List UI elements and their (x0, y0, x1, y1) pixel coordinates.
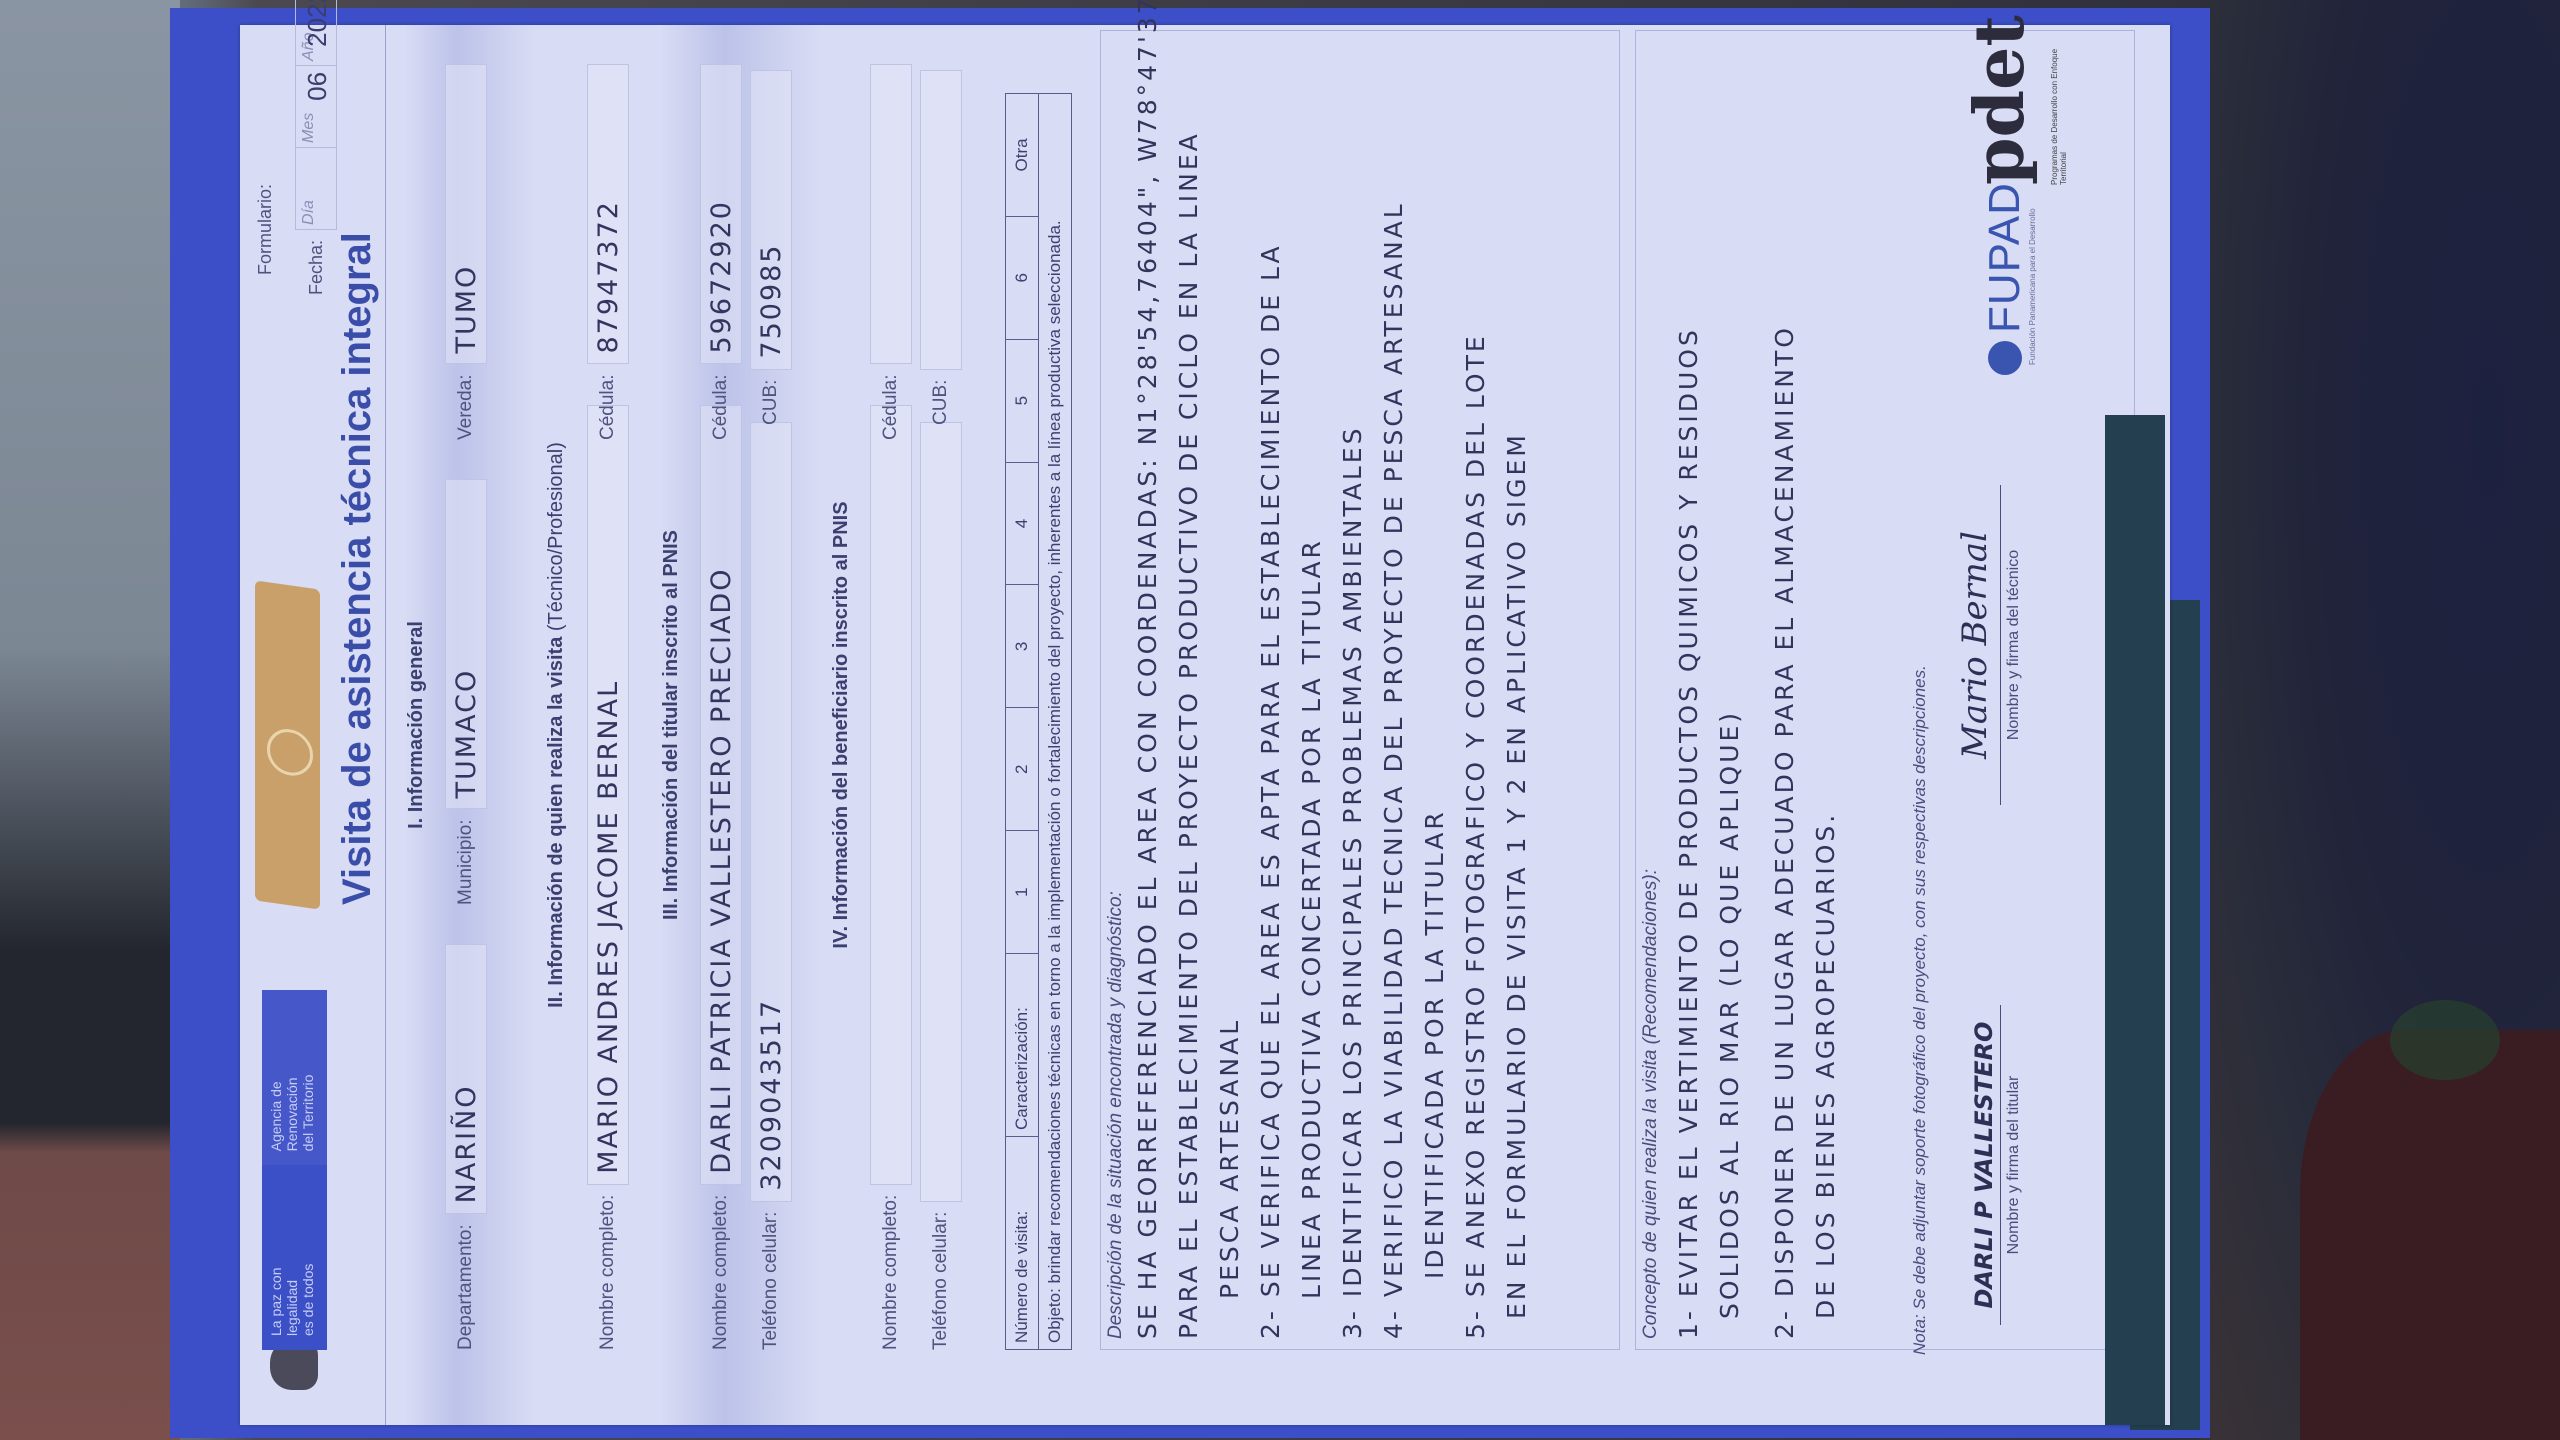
descripcion-line: LINEA PRODUCTIVA CONCERTADA POR LA TITUL… (1291, 41, 1332, 1339)
visit-option-4[interactable]: 4 (1006, 462, 1038, 585)
pdet-tagline: Programas de Desarrollo con Enfoque Terr… (2050, 35, 2068, 185)
visit-option-2[interactable]: 2 (1006, 707, 1038, 830)
concepto-line: DE LOS BIENES AGROPECUARIOS. (1805, 41, 1846, 1339)
objeto-cell: Objeto: brindar recomendaciones técnicas… (1039, 94, 1071, 1349)
mes-cell[interactable]: Mes06 (296, 65, 336, 147)
background-plant-leaf (2390, 1000, 2500, 1080)
gold-program-logo (255, 580, 320, 909)
descripcion-line: PESCA ARTESANAL (1209, 41, 1250, 1339)
visitor-cedula-value: 87947372 (593, 200, 624, 353)
visitor-name-label: Nombre completo: (597, 1195, 619, 1350)
beneficiary-phone-field[interactable] (920, 422, 962, 1202)
vereda-value: TUMO (451, 265, 482, 354)
vereda-field[interactable]: TUMO (445, 65, 487, 365)
objeto-text: Objeto: brindar recomendaciones técnicas… (1045, 220, 1065, 1343)
visit-option-label: 6 (1012, 273, 1032, 282)
visit-option-otra[interactable]: Otra (1006, 94, 1038, 216)
visitor-name-field[interactable]: MARIO ANDRES JACOME BERNAL (587, 405, 629, 1185)
ano-cell[interactable]: Año2022 (296, 0, 336, 65)
beneficiary-name-label: Nombre completo: (880, 1195, 902, 1350)
titular-phone-label: Teléfono celular: (760, 1212, 782, 1350)
titular-cub-label: CUB: (760, 380, 782, 425)
numero-visita-cell[interactable]: Número de visita: (1006, 1136, 1038, 1349)
titular-phone-value: 3209043517 (756, 999, 787, 1191)
slogan-block: La paz con legalidad es de todos (262, 1165, 327, 1350)
visit-option-6[interactable]: 6 (1006, 216, 1038, 339)
government-logo: La paz con legalidad es de todos Agencia… (262, 990, 327, 1350)
fecha-label: Fecha: (306, 240, 327, 295)
visit-option-5[interactable]: 5 (1006, 339, 1038, 462)
slogan-line: La paz con (268, 1179, 284, 1336)
visit-option-label: Otra (1012, 138, 1032, 171)
globe-icon (1988, 341, 2022, 375)
descripcion-label: Descripción de la situación encontrada y… (1105, 41, 1127, 1339)
mes-label: Mes (300, 113, 317, 143)
ano-value: 2022 (302, 0, 333, 47)
titular-signature-label: Nombre y firma del titular (2005, 1005, 2023, 1325)
form-page: La paz con legalidad es de todos Agencia… (240, 25, 2170, 1425)
page-title: Visita de asistencia técnica integral (335, 232, 380, 905)
concepto-line: 2- DISPONER DE UN LUGAR ADECUADO PARA EL… (1764, 41, 1805, 1339)
agency-block: Agencia de Renovación del Territorio (262, 990, 327, 1165)
descripcion-line: 2- SE VERIFICA QUE EL AREA ES APTA PARA … (1250, 41, 1291, 1339)
nota-text: Nota: Se debe adjuntar soporte fotográfi… (1910, 665, 1930, 1355)
section-title-suffix: (Técnico/Profesional) (545, 442, 567, 631)
visitor-cedula-label: Cédula: (597, 375, 619, 441)
section-titular-info: III. Información del titular inscrito al… (660, 25, 820, 1425)
titular-cedula-field[interactable]: 59672920 (700, 65, 742, 365)
descripcion-box[interactable]: Descripción de la situación encontrada y… (1100, 30, 1620, 1350)
beneficiary-cedula-label: Cédula: (880, 375, 902, 441)
descripcion-line: SE HA GEORREFERENCIADO EL AREA CON COORD… (1127, 41, 1168, 1339)
fecha-field: Fecha: Día Mes06 Año2022 (295, 0, 337, 295)
concepto-label: Concepto de quien realiza la visita (Rec… (1640, 41, 1662, 1339)
beneficiary-cedula-field[interactable] (870, 65, 912, 365)
descripcion-line: 4- VERIFICO LA VIABILIDAD TECNICA DEL PR… (1373, 41, 1414, 1339)
swirl-icon (267, 726, 313, 778)
beneficiary-cedula-row: Cédula: (870, 65, 912, 441)
titular-name-field[interactable]: DARLI PATRICIA VALLESTERO PRECIADO (700, 405, 742, 1185)
titular-cub-row: CUB: 750985 (750, 70, 792, 425)
descripcion-line: 5- SE ANEXO REGISTRO FOTOGRAFICO Y COORD… (1455, 41, 1496, 1339)
section-title: III. Información del titular inscrito al… (660, 25, 683, 1425)
visitor-name-row: Nombre completo: MARIO ANDRES JACOME BER… (587, 405, 629, 1350)
tecnico-signature: Mario Bernal (1940, 485, 2001, 805)
concepto-line: 1- EVITAR EL VERTIMIENTO DE PRODUCTOS QU… (1668, 41, 1709, 1339)
visitor-name-value: MARIO ANDRES JACOME BERNAL (593, 680, 624, 1174)
visitor-cedula-field[interactable]: 87947372 (587, 65, 629, 365)
titular-cub-field[interactable]: 750985 (750, 70, 792, 370)
pdet-logo: pdet (1960, 15, 2040, 185)
concepto-line: SOLIDOS AL RIO MAR (LO QUE APLIQUE) (1709, 41, 1750, 1339)
numero-visita-label: Número de visita: (1012, 1211, 1032, 1343)
formulario-label: Formulario: (255, 184, 276, 275)
agency-line: del Territorio (300, 1004, 316, 1151)
visit-option-label: 2 (1012, 764, 1032, 773)
visit-option-3[interactable]: 3 (1006, 584, 1038, 707)
visit-option-label: 5 (1012, 396, 1032, 405)
descripcion-line: IDENTIFICADA POR LA TITULAR (1414, 41, 1455, 1339)
slogan-line: es de todos (300, 1179, 316, 1336)
agency-line: Agencia de (268, 1004, 284, 1151)
section-title: II. Información de quien realiza la visi… (545, 25, 568, 1425)
form-footer: Nota: Se debe adjuntar soporte fotográfi… (1900, 15, 2220, 1425)
dia-label: Día (300, 200, 317, 225)
tecnico-signature-label: Nombre y firma del técnico (2005, 485, 2023, 805)
tecnico-signature-block: Mario Bernal Nombre y firma del técnico (1940, 485, 2023, 805)
background-table (0, 0, 180, 1440)
fecha-boxes: Día Mes06 Año2022 (295, 0, 337, 230)
mes-value: 06 (302, 72, 333, 101)
municipio-row: Municipio: TUMACO (445, 479, 487, 905)
titular-signature-block: DARLI P VALLESTERO Nombre y firma del ti… (1970, 1005, 2023, 1325)
visitor-cedula-row: Cédula: 87947372 (587, 65, 629, 441)
section-title: I. Información general (405, 25, 428, 1425)
titular-cedula-row: Cédula: 59672920 (700, 65, 742, 441)
beneficiary-name-field[interactable] (870, 405, 912, 1185)
departamento-row: Departamento: NARIÑO (445, 944, 487, 1350)
municipio-field[interactable]: TUMACO (445, 479, 487, 809)
departamento-field[interactable]: NARIÑO (445, 944, 487, 1214)
fupad-tagline: Fundación Panamericana para el Desarroll… (2028, 208, 2037, 365)
descripcion-line: 3- IDENTIFICAR LOS PRINCIPALES PROBLEMAS… (1332, 41, 1373, 1339)
beneficiary-name-row: Nombre completo: (870, 405, 912, 1350)
objeto-row: Objeto: brindar recomendaciones técnicas… (1039, 94, 1071, 1349)
caracterizacion-label: Caracterización: (1012, 1007, 1032, 1130)
footer-dark-band (2105, 415, 2165, 1425)
visit-option-label: 1 (1012, 887, 1032, 896)
beneficiary-cub-row: CUB: (920, 70, 962, 425)
titular-phone-field[interactable]: 3209043517 (750, 422, 792, 1202)
section-beneficiary-info: IV. Información del beneficiario inscrit… (830, 25, 990, 1425)
fupad-wordmark: FUPAD (1980, 182, 2030, 333)
vereda-label: Vereda: (455, 375, 477, 441)
descripcion-line: PARA EL ESTABLECIMIENTO DEL PROYECTO PRO… (1168, 41, 1209, 1339)
municipio-value: TUMACO (451, 669, 482, 799)
titular-name-row: Nombre completo: DARLI PATRICIA VALLESTE… (700, 405, 742, 1350)
municipio-label: Municipio: (455, 819, 477, 905)
header-rule (385, 25, 386, 1425)
beneficiary-phone-row: Teléfono celular: (920, 422, 962, 1350)
descripcion-line: EN EL FORMULARIO DE VISITA 1 Y 2 EN APLI… (1496, 41, 1537, 1339)
section-title: IV. Información del beneficiario inscrit… (830, 25, 853, 1425)
beneficiary-cub-label: CUB: (930, 380, 952, 425)
departamento-value: NARIÑO (451, 1084, 482, 1203)
titular-signature: DARLI P VALLESTERO (1970, 1005, 2001, 1325)
titular-name-label: Nombre completo: (710, 1195, 732, 1350)
visit-table: Número de visita: Caracterización: 1 2 3… (1005, 93, 1072, 1350)
beneficiary-phone-label: Teléfono celular: (930, 1212, 952, 1350)
section-title-text: II. Información de quien realiza la visi… (545, 637, 567, 1008)
background-red-object (2300, 1030, 2560, 1440)
titular-phone-row: Teléfono celular: 3209043517 (750, 422, 792, 1350)
titular-cedula-label: Cédula: (710, 375, 732, 441)
agency-line: Renovación (284, 1004, 300, 1151)
titular-cedula-value: 59672920 (706, 200, 737, 353)
titular-name-value: DARLI PATRICIA VALLESTERO PRECIADO (706, 568, 737, 1174)
dia-cell[interactable]: Día (296, 147, 336, 229)
slogan-line: legalidad (284, 1179, 300, 1336)
vereda-row: Vereda: TUMO (445, 65, 487, 441)
section-visitor-info: II. Información de quien realiza la visi… (545, 25, 655, 1425)
fupad-logo: FUPAD (1980, 182, 2030, 375)
titular-cub-value: 750985 (756, 244, 787, 359)
departamento-label: Departamento: (455, 1224, 477, 1350)
beneficiary-cub-field[interactable] (920, 70, 962, 370)
caracterizacion-cell: Caracterización: (1006, 953, 1038, 1136)
visit-option-label: 3 (1012, 642, 1032, 651)
visit-table-row: Número de visita: Caracterización: 1 2 3… (1006, 94, 1039, 1349)
section-general-info: I. Información general Departamento: NAR… (405, 25, 535, 1425)
visit-option-label: 4 (1012, 519, 1032, 528)
visit-option-1[interactable]: 1 (1006, 830, 1038, 953)
